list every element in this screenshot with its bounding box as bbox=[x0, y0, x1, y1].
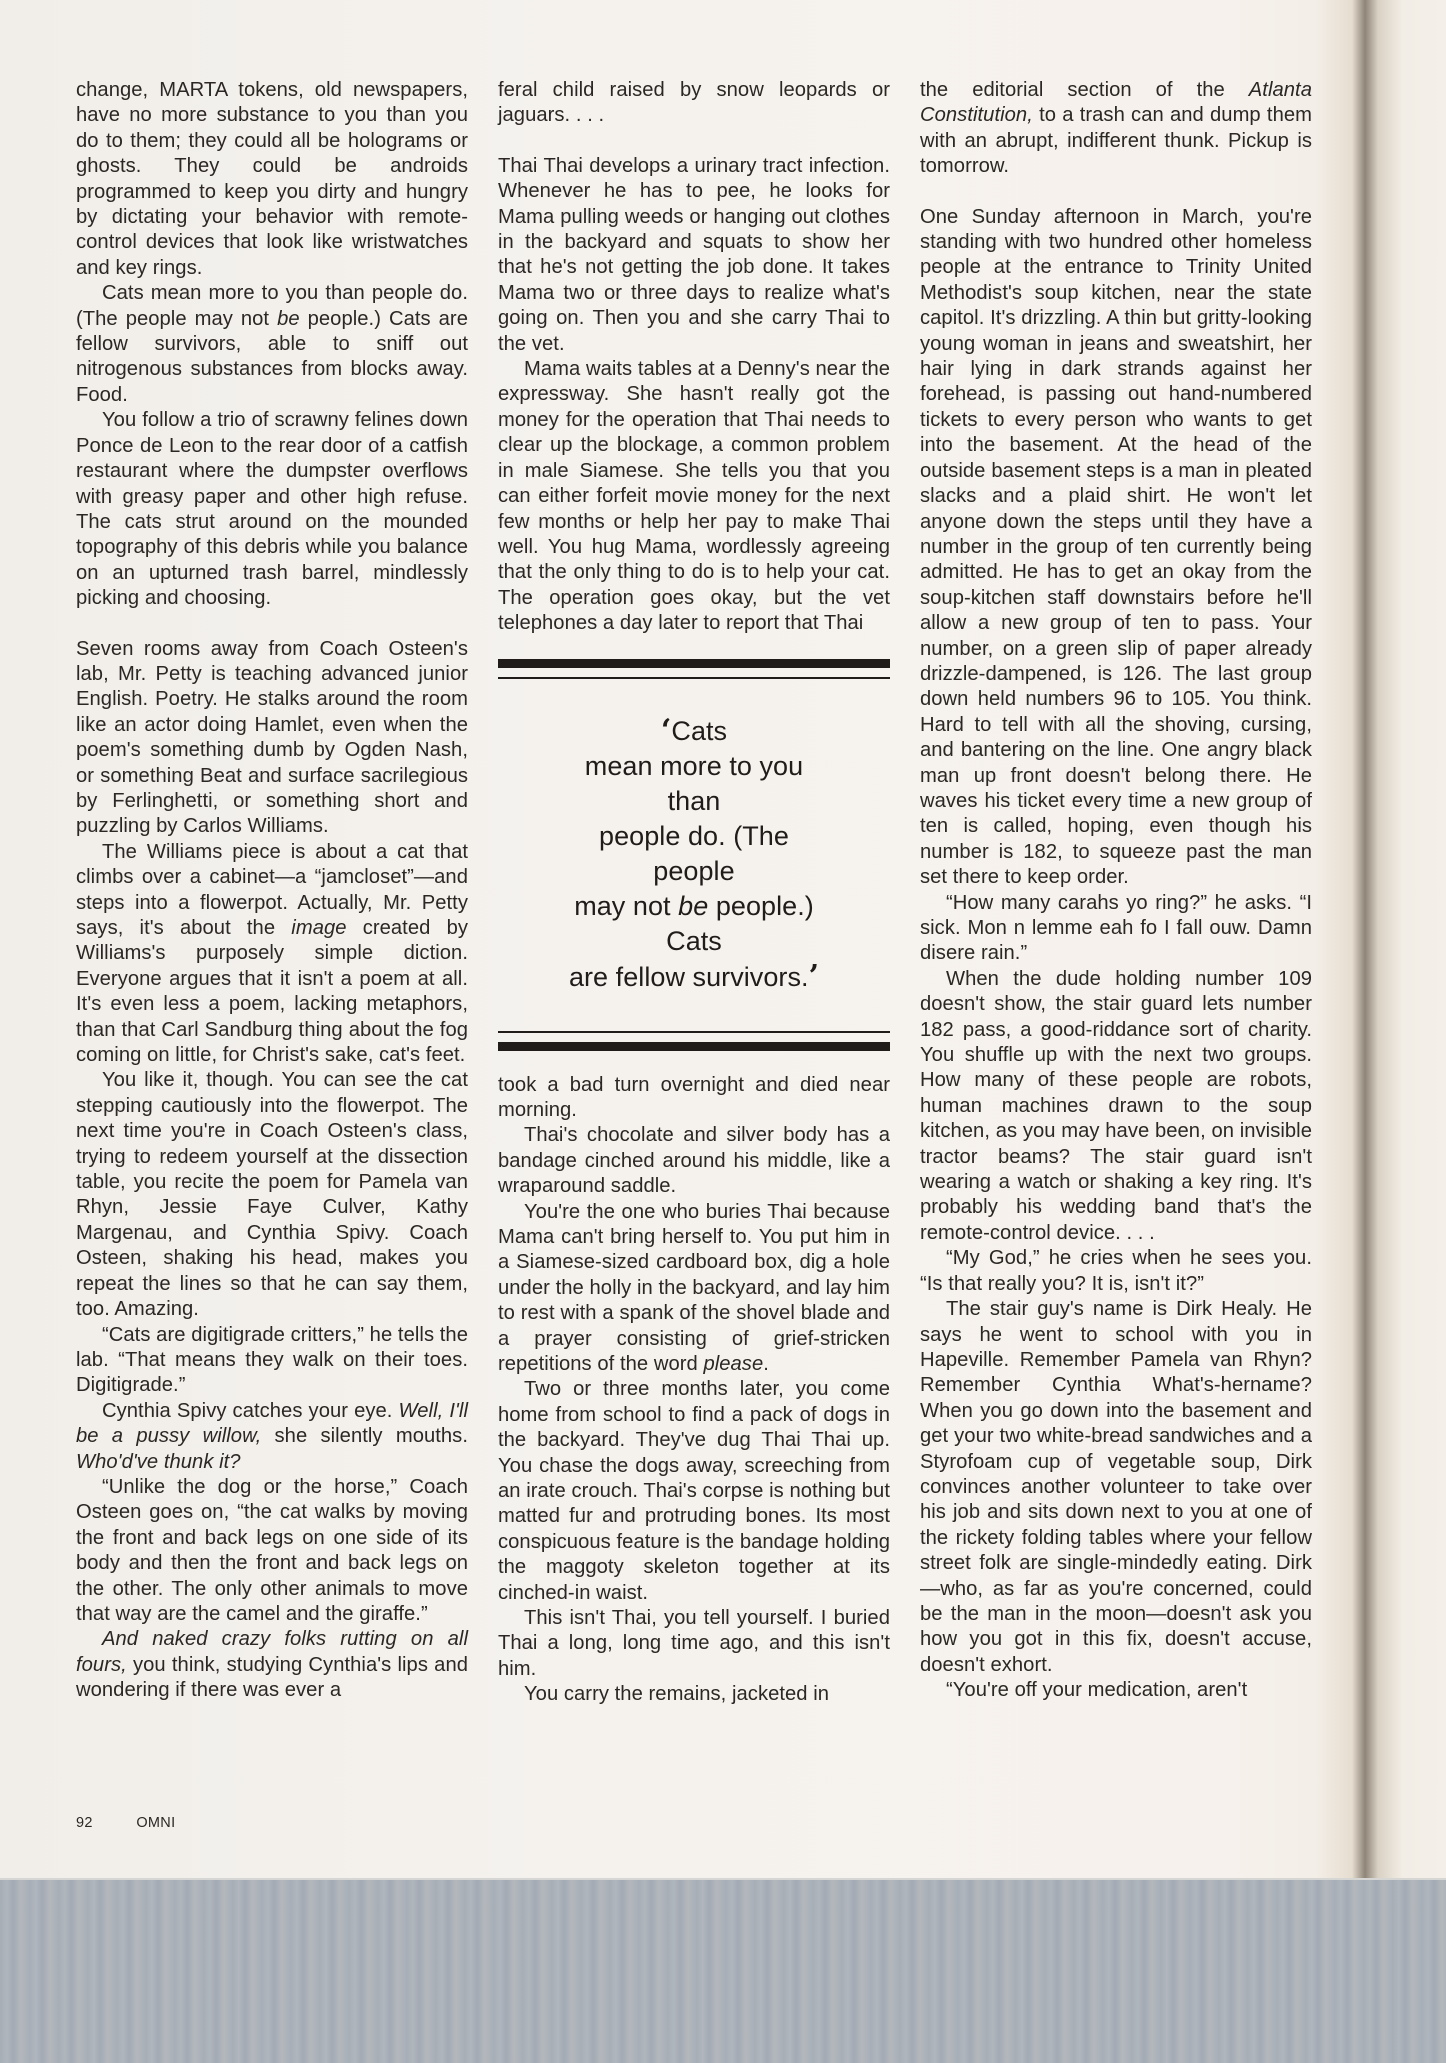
text-column-middle: feral child raised by snow leopards or j… bbox=[498, 78, 890, 1708]
scanner-background bbox=[0, 1878, 1446, 2063]
paragraph: “You're off your medication, aren't bbox=[920, 1678, 1312, 1703]
section-break-paragraph: One Sunday afternoon in March, you're st… bbox=[920, 205, 1312, 891]
page-number: 92 bbox=[76, 1815, 132, 1831]
paragraph: “How many carahs yo ring?” he asks. “I s… bbox=[920, 891, 1312, 967]
paragraph: Two or three months later, you come home… bbox=[498, 1377, 890, 1606]
paragraph: “Unlike the dog or the horse,” Coach Ost… bbox=[76, 1475, 468, 1627]
page-folio: 92 OMNI bbox=[76, 1815, 175, 1831]
paragraph: You follow a trio of scrawny felines dow… bbox=[76, 408, 468, 611]
paragraph: You like it, though. You can see the cat… bbox=[76, 1068, 468, 1322]
paragraph: Cynthia Spivy catches your eye. Well, I'… bbox=[76, 1399, 468, 1475]
pull-quote-rule-thick-bottom bbox=[498, 1042, 890, 1051]
pull-quote-rule-thick-top bbox=[498, 659, 890, 668]
magazine-name: OMNI bbox=[136, 1815, 175, 1831]
paragraph: Mama waits tables at a Denny's near the … bbox=[498, 357, 890, 636]
text-column-right: the editorial section of the Atlanta Con… bbox=[920, 78, 1312, 1704]
pull-quote-text: ‘Cats mean more to you than people do. (… bbox=[498, 679, 890, 1031]
pull-quote-rule-thin-bottom bbox=[498, 1031, 890, 1033]
paragraph: feral child raised by snow leopards or j… bbox=[498, 78, 890, 129]
paragraph: The Williams piece is about a cat that c… bbox=[76, 840, 468, 1069]
paragraph: The stair guy's name is Dirk Healy. He s… bbox=[920, 1297, 1312, 1678]
paragraph: This isn't Thai, you tell yourself. I bu… bbox=[498, 1606, 890, 1682]
paragraph: When the dude holding number 109 doesn't… bbox=[920, 967, 1312, 1246]
section-break-paragraph: Thai Thai develops a urinary tract infec… bbox=[498, 154, 890, 357]
pull-quote: ‘Cats mean more to you than people do. (… bbox=[498, 659, 890, 1051]
section-break-paragraph: Seven rooms away from Coach Osteen's lab… bbox=[76, 637, 468, 840]
paragraph: the editorial section of the Atlanta Con… bbox=[920, 78, 1312, 180]
paragraph: change, MARTA tokens, old newspapers, ha… bbox=[76, 78, 468, 281]
paragraph: Cats mean more to you than people do. (T… bbox=[76, 281, 468, 408]
paragraph: And naked crazy folks rutting on all fou… bbox=[76, 1627, 468, 1703]
paragraph: “My God,” he cries when he sees you. “Is… bbox=[920, 1246, 1312, 1297]
paragraph: “Cats are digitigrade critters,” he tell… bbox=[76, 1323, 468, 1399]
open-quote-icon: ‘ bbox=[661, 713, 672, 748]
text-column-left: change, MARTA tokens, old newspapers, ha… bbox=[76, 78, 468, 1704]
paragraph: You carry the remains, jacketed in bbox=[498, 1682, 890, 1707]
close-quote-icon: ’ bbox=[809, 959, 820, 994]
magazine-page: change, MARTA tokens, old newspapers, ha… bbox=[0, 0, 1446, 1878]
paragraph: You're the one who buries Thai because M… bbox=[498, 1200, 890, 1378]
paragraph: took a bad turn overnight and died near … bbox=[498, 1073, 890, 1124]
paragraph: Thai's chocolate and silver body has a b… bbox=[498, 1123, 890, 1199]
